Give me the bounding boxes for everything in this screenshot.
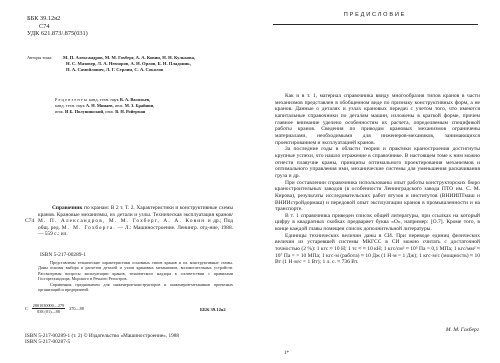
reviewer-name: А. Н. Минаев, <box>86 103 114 108</box>
isbn-block: ISBN 5-217-00289-1 (т. 2) © Издательство… <box>25 333 179 346</box>
page-number: 1* <box>284 351 289 356</box>
bbk-classification: ББК 39.12я2 С74 УДК 621.873/.875(031) <box>27 15 88 38</box>
catalog-margin-code: С74 <box>25 218 34 224</box>
left-page: ББК 39.12я2 С74 УДК 621.873/.875(031) Ав… <box>0 0 250 363</box>
isbn-volume: ISBN 5-217-00289-1 (т. 2) <box>25 333 82 339</box>
bbk-code-small: ББК 39.12я2 <box>200 307 226 312</box>
catalog-title: Справочник <box>52 205 82 211</box>
right-page: ПРЕДИСЛОВИЕ Как и в т. 1, материал справ… <box>250 0 500 363</box>
reviewer-degree: канд. техн. наук <box>89 97 119 102</box>
preface-paragraph: В т. 1 справочника приведен список общей… <box>275 213 480 233</box>
index-denominator: 038 (01)—88 <box>37 309 60 314</box>
annotation-paragraph: Представлены технические характеристики … <box>38 260 233 282</box>
reviewer-degree: инж. <box>105 109 114 114</box>
reviewer-name: И Б. Полушинский, <box>65 109 104 114</box>
authors-block: Авторы тома:М. П. Александров, М. М. Гох… <box>27 55 232 73</box>
title-rule <box>273 24 478 25</box>
catalog-editor: М. М. Гохберга. <box>62 225 116 231</box>
preface-title: ПРЕДИСЛОВИЕ <box>250 12 500 18</box>
authors-line: М. П. Александров, М. М. Гохберг, А. А. … <box>63 55 195 60</box>
author-mark: С74 <box>27 23 88 31</box>
index-prefix: С <box>25 306 28 311</box>
annotation: Представлены технические характеристики … <box>38 260 233 292</box>
catalog-entry: Справочник по кранам: В 2 т. Т. 2. Харак… <box>38 205 233 238</box>
authors-label: Авторы тома: <box>27 55 63 61</box>
index-suffix: 270—88 <box>69 306 84 311</box>
isbn-set: ISBN 5-217-00287-5 <box>25 339 179 345</box>
reviewer-name: В. Н. Ройерман <box>115 109 145 114</box>
reviewer-degree: инж. <box>115 103 124 108</box>
preface-body: Как и в т. 1, материал справочника ввиду… <box>275 93 480 266</box>
annotation-paragraph: Справочник предназначен для инженеров-ко… <box>38 282 233 293</box>
publication-index-code: С 2801030000—279 038 (01)—88 270—88 <box>25 303 84 314</box>
reviewer-name: М. З. Брайнин, <box>125 103 155 108</box>
reviewer-degree: инж. <box>55 109 64 114</box>
preface-paragraph: При составлении справочника использованы… <box>275 180 480 213</box>
reviewer-degree: канд. техн. наук <box>55 103 85 108</box>
authors-line: П. А. Самойлович, Л. Г. Серлин, С. А. Со… <box>27 67 232 73</box>
preface-paragraph: Как и в т. 1, материал справочника ввиду… <box>275 93 480 146</box>
catalog-isbn: ISBN 5-217-00289-1 <box>40 252 86 258</box>
reviewer-name: В. А. Васильев, <box>120 97 150 102</box>
preface-paragraph: За последние годы в области теории и пра… <box>275 146 480 179</box>
author-signature: М. М. Гохберг <box>250 327 479 333</box>
index-fraction: 2801030000—279 038 (01)—88 <box>32 303 65 314</box>
bbk-code: ББК 39.12я2 <box>27 15 88 23</box>
udk-code: УДК 621.873/.875(031) <box>27 30 88 38</box>
catalog-authors: М. П. Александров, М. М. Гохберг, А. А. … <box>38 218 205 224</box>
reviewers-label: Рецензенты <box>55 97 88 102</box>
copyright-notice: © Издательство «Машиностроение», 1988 <box>84 333 180 339</box>
preface-paragraph: Единицы технических величин даны в СИ. П… <box>275 233 480 266</box>
reviewers-block: Рецензенты канд. техн. наук В. А. Василь… <box>55 97 205 115</box>
